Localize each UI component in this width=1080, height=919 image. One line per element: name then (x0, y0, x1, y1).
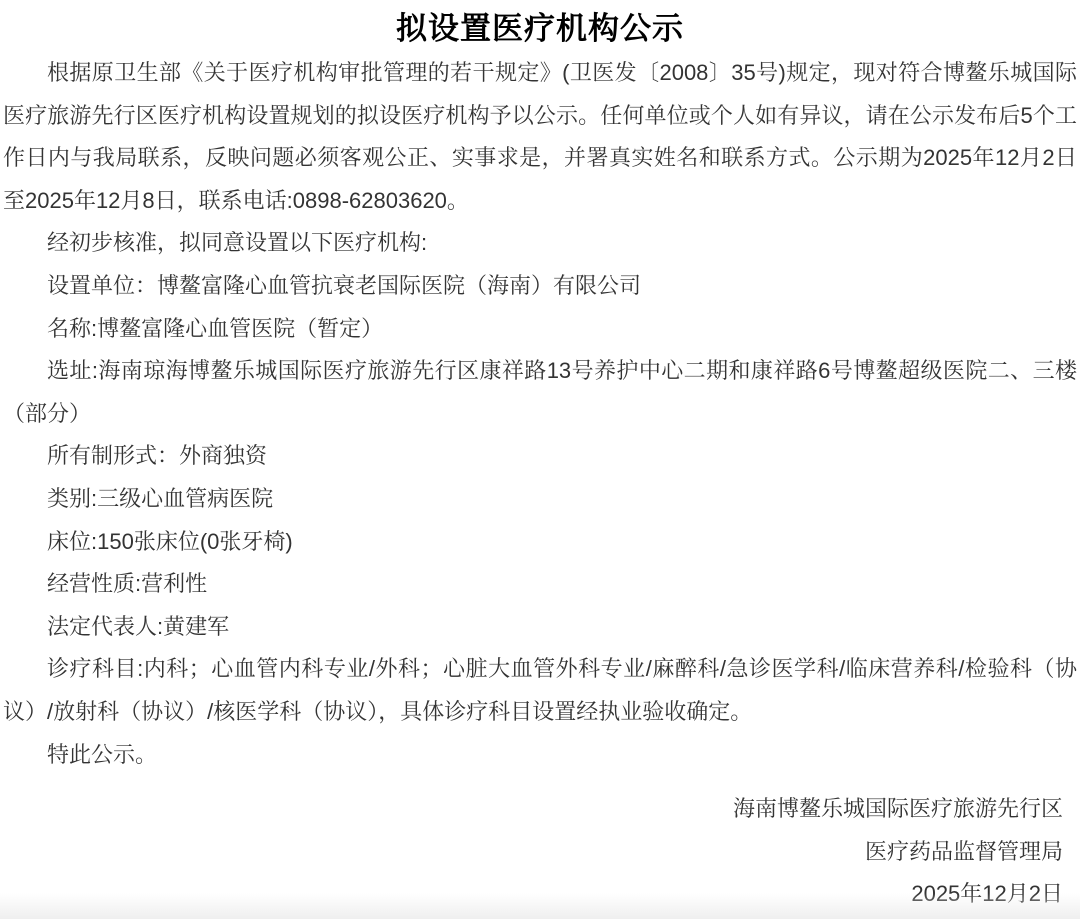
institution-name-line: 名称:博鳌富隆心血管医院（暂定） (3, 308, 1077, 351)
legal-representative-line: 法定代表人:黄建军 (3, 606, 1077, 649)
signature-org-line1: 海南博鳌乐城国际医疗旅游先行区 (3, 788, 1063, 831)
category-line: 类别:三级心血管病医院 (3, 478, 1077, 521)
diagnosis-subjects-line: 诊疗科目:内科；心血管内科专业/外科；心脏大血管外科专业/麻醉科/急诊医学科/临… (3, 648, 1077, 733)
approval-statement: 经初步核准，拟同意设置以下医疗机构: (3, 222, 1077, 265)
signature-org-line2: 医疗药品监督管理局 (3, 831, 1063, 874)
page-title: 拟设置医疗机构公示 (0, 0, 1080, 46)
site-location-line: 选址:海南琼海博鳌乐城国际医疗旅游先行区康祥路13号养护中心二期和康祥路6号博鳌… (3, 350, 1077, 435)
signature-date: 2025年12月2日 (3, 873, 1063, 916)
signature-block: 海南博鳌乐城国际医疗旅游先行区 医疗药品监督管理局 2025年12月2日 (3, 788, 1077, 916)
operation-nature-line: 经营性质:营利性 (3, 563, 1077, 606)
intro-paragraph: 根据原卫生部《关于医疗机构审批管理的若干规定》(卫医发〔2008〕35号)规定，… (3, 52, 1077, 222)
ownership-form-line: 所有制形式：外商独资 (3, 435, 1077, 478)
notice-document: 拟设置医疗机构公示 根据原卫生部《关于医疗机构审批管理的若干规定》(卫医发〔20… (0, 0, 1080, 919)
beds-line: 床位:150张床位(0张牙椅) (3, 521, 1077, 564)
establishing-unit-line: 设置单位：博鳌富隆心血管抗衰老国际医院（海南）有限公司 (3, 265, 1077, 308)
closing-line: 特此公示。 (3, 734, 1077, 777)
notice-body: 根据原卫生部《关于医疗机构审批管理的若干规定》(卫医发〔2008〕35号)规定，… (0, 52, 1080, 916)
